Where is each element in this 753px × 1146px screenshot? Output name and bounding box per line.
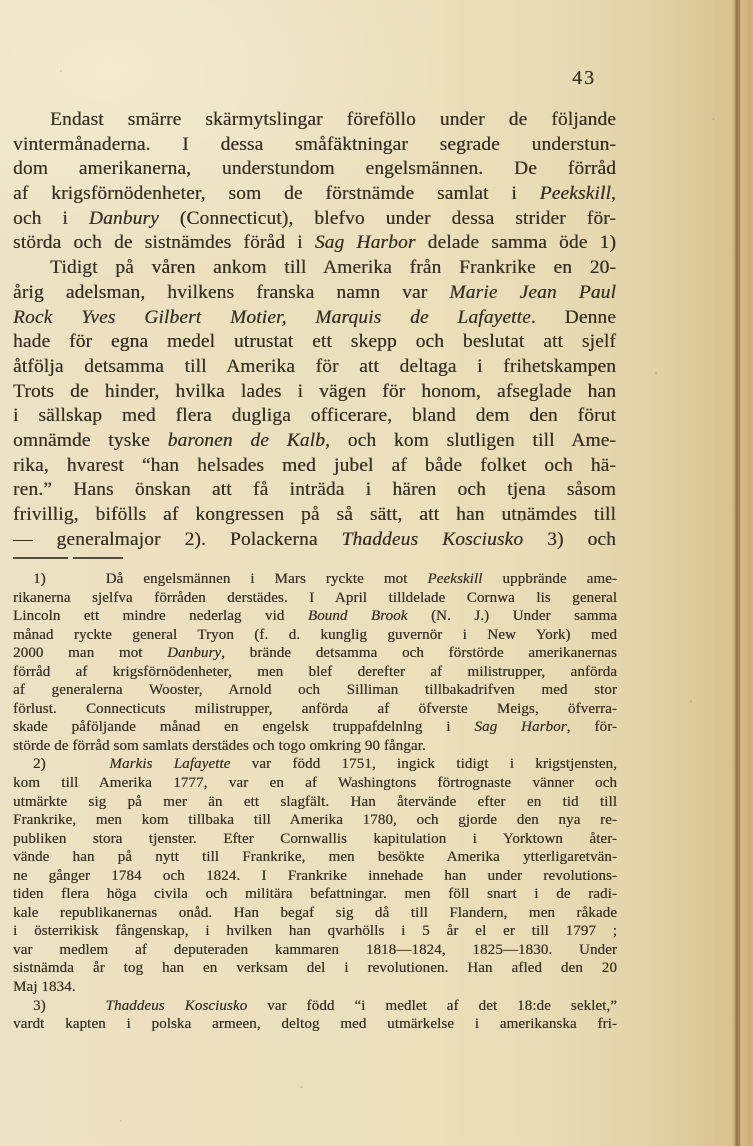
italic-text-segment: Bound Brook (308, 608, 408, 624)
text-segment: Maj 1834. (13, 979, 76, 995)
text-segment: förlust. Connecticuts milistrupper, anfö… (13, 701, 617, 717)
text-line: kom till Amerika 1777, var en af Washing… (13, 774, 617, 793)
page-number: 43 (563, 67, 605, 90)
text-line: och i Danbury (Connecticut), blefvo unde… (13, 207, 616, 232)
text-line: störde de förråd som samlats derstädes o… (13, 737, 617, 756)
text-line: sistnämda år tog han en verksam del i re… (13, 959, 617, 978)
text-segment: omnämde tyske (13, 430, 168, 451)
text-segment: Endast smärre skärmytslingar föreföllo u… (50, 109, 616, 130)
rule-segment (73, 557, 123, 559)
text-segment: och i (13, 208, 89, 229)
text-line: 3) Thaddeus Kosciusko var född “i medlet… (13, 997, 617, 1016)
text-segment: Lincoln ett mindre nederlag vid (13, 608, 308, 624)
text-segment: störde de förråd som samlats derstädes o… (13, 738, 426, 754)
text-line: hade för egna medel utrustat ett skepp o… (13, 330, 616, 355)
text-segment: var född 1751, ingick tidigt i krigstjen… (230, 756, 617, 772)
text-line: vintermånaderna. I dessa småfäktningar s… (13, 133, 616, 158)
text-segment: af generalerna Wooster, Arnold och Silli… (13, 682, 617, 698)
text-line: tiden flera höga civila och militära bef… (13, 885, 617, 904)
text-line: vardt kapten i polska armeen, deltog med… (13, 1015, 617, 1034)
text-segment: Trots de hinder, hvilka lades i vägen fö… (13, 381, 616, 402)
italic-text-segment: Peekskill (427, 571, 482, 587)
text-line: Frankrike, men kom tillbaka till Amerika… (13, 811, 617, 830)
text-line: Tidigt på våren ankom till Amerika från … (13, 256, 616, 281)
text-line: Endast smärre skärmytslingar föreföllo u… (13, 108, 616, 133)
text-segment: — generalmajor 2). Polackerna (13, 529, 342, 550)
text-segment: dom amerikanerna, understundom engelsmän… (13, 158, 616, 179)
footnote-1: 1) Då engelsmännen i Mars ryckte mot Pee… (13, 570, 617, 755)
text-segment: , brände detsamma och förstörde amerikan… (221, 645, 617, 661)
paper-speck (120, 1120, 122, 1122)
text-line: publiken stora tjenster. Efter Cornwalli… (13, 830, 617, 849)
text-segment: Tidigt på våren ankom till Amerika från … (50, 257, 616, 278)
text-line: Rock Yves Gilbert Motier, Marquis de Laf… (13, 306, 616, 331)
text-segment: publiken stora tjenster. Efter Cornwalli… (13, 831, 617, 847)
text-line: af generalerna Wooster, Arnold och Silli… (13, 681, 617, 700)
text-segment: 2) (33, 756, 109, 772)
paper-speck (520, 519, 524, 522)
text-line: Lincoln ett mindre nederlag vid Bound Br… (13, 607, 617, 626)
text-segment: sistnämda år tog han en verksam del i re… (13, 960, 617, 976)
text-segment: 3) (33, 998, 106, 1014)
text-segment: i sällskap med flera dugliga officerare,… (13, 405, 616, 426)
text-segment: (Connecticut), blefvo under dessa stride… (159, 208, 616, 229)
text-segment: vintermånaderna. I dessa småfäktningar s… (13, 134, 616, 155)
text-segment: frivillig, bifölls af kongressen på så s… (13, 504, 616, 525)
italic-text-segment: Danbury (167, 645, 221, 661)
text-segment: tiden flera höga civila och militära bef… (13, 886, 617, 902)
text-segment: månad ryckte general Tryon (f. d. kungli… (13, 627, 617, 643)
italic-text-segment: Sag Harbor (474, 719, 566, 735)
text-segment: , för- (567, 719, 617, 735)
text-line: frivillig, bifölls af kongressen på så s… (13, 503, 616, 528)
text-segment: vardt kapten i polska armeen, deltog med… (13, 1016, 617, 1032)
text-line: rikanerna sjelfva förråden derstädes. I … (13, 589, 617, 608)
text-line: förråd af krigsförnödenheter, men blef d… (13, 663, 617, 682)
text-line: rika, hvarest “han helsades med jubel af… (13, 454, 616, 479)
rule-segment (13, 557, 68, 559)
text-segment: hade för egna medel utrustat ett skepp o… (13, 331, 616, 352)
text-line: omnämde tyske baronen de Kalb, och kom s… (13, 429, 616, 454)
italic-text-segment: Sag Harbor (315, 232, 416, 253)
text-line: 2) Markis Lafayette var född 1751, ingic… (13, 755, 617, 774)
italic-text-segment: Markis Lafayette (109, 756, 230, 772)
text-segment: åtfölja detsamma till Amerika för att de… (13, 356, 616, 377)
footnotes-block: 1) Då engelsmännen i Mars ryckte mot Pee… (13, 570, 617, 1034)
italic-text-segment: baronen de Kalb (168, 430, 325, 451)
footnote-separator-rule (13, 557, 153, 560)
text-segment: , (611, 183, 616, 204)
text-line: utmärkte sig på mer än ett slagfält. Han… (13, 793, 617, 812)
text-segment: rikanerna sjelfva förråden derstädes. I … (13, 590, 617, 606)
text-segment: ne gånger 1784 och 1824. I Frankrike inn… (13, 868, 617, 884)
text-segment: Frankrike, men kom tillbaka till Amerika… (13, 812, 617, 828)
paper-speck (655, 372, 657, 374)
text-segment: var medlem af deputeraden kammaren 1818—… (13, 942, 617, 958)
paper-speck (585, 950, 587, 952)
text-line: störda och de sistnämdes föråd i Sag Har… (13, 231, 616, 256)
text-line: var medlem af deputeraden kammaren 1818—… (13, 941, 617, 960)
italic-text-segment: Peekskill (540, 183, 611, 204)
text-segment: af krigsförnödenheter, som de förstnämde… (13, 183, 540, 204)
text-line: ne gånger 1784 och 1824. I Frankrike inn… (13, 867, 617, 886)
italic-text-segment: Thaddeus Kosciusko (106, 998, 248, 1014)
text-segment: var född “i medlet af det 18:de seklet,” (247, 998, 617, 1014)
footnote-3: 3) Thaddeus Kosciusko var född “i medlet… (13, 997, 617, 1034)
text-line: — generalmajor 2). Polackerna Thaddeus K… (13, 528, 616, 553)
main-text-block: Endast smärre skärmytslingar föreföllo u… (13, 108, 616, 552)
book-page: 43 Endast smärre skärmytslingar föreföll… (0, 0, 753, 1146)
italic-text-segment: Thaddeus Kosciusko (342, 529, 524, 550)
text-segment: , och kom slutligen till Ame- (325, 430, 616, 451)
text-line: dom amerikanerna, understundom engelsmän… (13, 157, 616, 182)
book-fore-edge (731, 0, 753, 1146)
text-segment: skade påföljande månad en engelsk truppa… (13, 719, 474, 735)
italic-text-segment: Marie Jean Paul (449, 282, 616, 303)
text-segment: förråd af krigsförnödenheter, men blef d… (13, 664, 617, 680)
text-segment: utmärkte sig på mer än ett slagfält. Han… (13, 794, 617, 810)
text-segment: 3) och (523, 529, 616, 550)
text-line: Maj 1834. (13, 978, 617, 997)
text-segment: (N. J.) Under samma (408, 608, 617, 624)
italic-text-segment: Rock Yves Gilbert Motier, Marquis de Laf… (13, 307, 531, 328)
text-segment: vände han på nytt till Frankrike, men be… (13, 849, 617, 865)
text-segment: 1) Då engelsmännen i Mars ryckte mot (33, 571, 427, 587)
text-line: skade påföljande månad en engelsk truppa… (13, 718, 617, 737)
text-line: i sällskap med flera dugliga officerare,… (13, 404, 616, 429)
page-edge-line (739, 0, 740, 1146)
paper-speck (690, 700, 692, 703)
text-segment: ren.” Hans önskan att få inträda i hären… (13, 479, 616, 500)
footnote-2: 2) Markis Lafayette var född 1751, ingic… (13, 755, 617, 996)
text-line: 1) Då engelsmännen i Mars ryckte mot Pee… (13, 570, 617, 589)
text-line: förlust. Connecticuts milistrupper, anfö… (13, 700, 617, 719)
text-line: 2000 man mot Danbury, brände detsamma oc… (13, 644, 617, 663)
paper-speck (712, 118, 715, 120)
text-line: årig adelsman, hvilkens franska namn var… (13, 281, 616, 306)
text-line: kale republikanernas onåd. Han begaf sig… (13, 904, 617, 923)
text-segment: rika, hvarest “han helsades med jubel af… (13, 455, 616, 476)
text-segment: uppbrände ame- (482, 571, 617, 587)
text-line: ren.” Hans önskan att få inträda i hären… (13, 478, 616, 503)
text-line: månad ryckte general Tryon (f. d. kungli… (13, 626, 617, 645)
text-segment: i österrikisk fångenskap, i hvilken han … (13, 923, 617, 939)
text-line: vände han på nytt till Frankrike, men be… (13, 848, 617, 867)
text-segment: årig adelsman, hvilkens franska namn var (13, 282, 449, 303)
text-segment: kale republikanernas onåd. Han begaf sig… (13, 905, 617, 921)
text-segment: . Denne (531, 307, 616, 328)
paper-speck (300, 1086, 303, 1088)
text-line: i österrikisk fångenskap, i hvilken han … (13, 922, 617, 941)
text-segment: delade samma öde 1) (416, 232, 617, 253)
text-line: af krigsförnödenheter, som de förstnämde… (13, 182, 616, 207)
text-segment: störda och de sistnämdes föråd i (13, 232, 315, 253)
text-segment: kom till Amerika 1777, var en af Washing… (13, 775, 617, 791)
text-segment: 2000 man mot (13, 645, 167, 661)
italic-text-segment: Danbury (89, 208, 159, 229)
text-line: Trots de hinder, hvilka lades i vägen fö… (13, 380, 616, 405)
text-line: åtfölja detsamma till Amerika för att de… (13, 355, 616, 380)
paper-speck (60, 70, 62, 72)
